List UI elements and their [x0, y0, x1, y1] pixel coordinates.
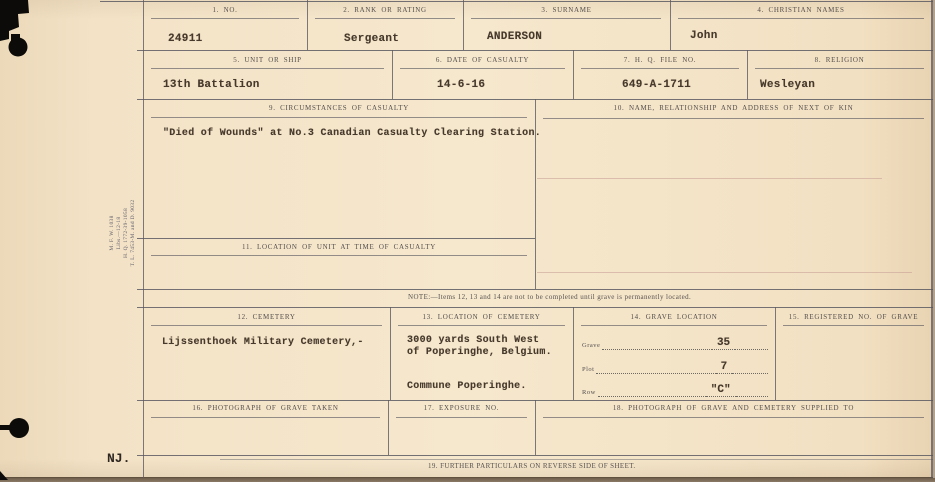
divider-line — [137, 455, 933, 456]
dotted-leader — [602, 329, 712, 350]
field-label-location-of-unit: 11. LOCATION OF UNIT AT TIME OF CASUALTY — [143, 243, 535, 251]
punch-hole-bottom — [0, 414, 36, 442]
value-christian-names: John — [690, 30, 718, 42]
label-underline — [543, 118, 924, 119]
value-unit: 13th Battalion — [163, 79, 260, 91]
value-service-number: 24911 — [168, 33, 203, 45]
label-underline — [471, 18, 661, 19]
grave-row: Plot 7 — [582, 354, 768, 374]
punch-hole-top — [0, 0, 44, 62]
label-underline — [783, 325, 924, 326]
value-cemetery-location-line3: Commune Poperinghe. — [407, 381, 527, 392]
grave-row-value: 35 — [712, 337, 735, 350]
grave-row-value: 7 — [716, 361, 733, 374]
value-hq-file-no: 649-A-1711 — [622, 79, 691, 91]
field-label-cemetery-location: 13. LOCATION OF CEMETERY — [390, 313, 573, 321]
grave-row-name: Plot — [582, 366, 594, 374]
note-text: NOTE:—Items 12, 13 and 14 are not to be … — [408, 293, 691, 301]
field-label-grave-location: 14. GRAVE LOCATION — [573, 313, 775, 321]
form-number-line: H. Q. 1772-39-1058 — [123, 195, 130, 271]
field-label-next-of-kin: 10. NAME, RELATIONSHIP AND ADDRESS OF NE… — [535, 104, 932, 112]
label-underline — [755, 68, 924, 69]
label-underline — [151, 325, 382, 326]
scan-background — [0, 478, 935, 482]
dotted-leader — [596, 353, 715, 374]
grave-row-name: Grave — [582, 342, 600, 350]
grave-row-name: Row — [582, 389, 596, 397]
scan-mark-corner — [0, 468, 10, 480]
grave-row: Grave 35 — [582, 330, 768, 350]
label-underline — [151, 117, 527, 118]
field-label-religion: 8. RELIGION — [747, 56, 932, 64]
label-underline — [581, 325, 767, 326]
dotted-leader — [598, 376, 706, 397]
label-underline — [151, 68, 384, 69]
divider-line — [137, 238, 535, 239]
field-label-cemetery: 12. CEMETERY — [143, 313, 390, 321]
value-date-of-casualty: 14-6-16 — [437, 79, 485, 91]
field-label-registered-no: 15. REGISTERED NO. OF GRAVE — [775, 313, 932, 321]
grave-row-value: "C" — [706, 384, 736, 397]
form-number-line: Libs.—12-18 — [116, 195, 123, 271]
footer-text: 19. FURTHER PARTICULARS ON REVERSE SIDE … — [428, 462, 636, 470]
field-label-photo-supplied: 18. PHOTOGRAPH OF GRAVE AND CEMETERY SUP… — [535, 404, 932, 412]
form-number-line: T. L. 7453-M. and D. 9032 — [130, 195, 137, 271]
clerk-initials: NJ. — [107, 451, 130, 466]
label-underline — [678, 18, 924, 19]
value-cemetery-location-line2: of Poperinghe, Belgium. — [407, 347, 552, 358]
field-label-christian-names: 4. CHRISTIAN NAMES — [670, 6, 932, 14]
dotted-leader — [735, 329, 768, 350]
divider-line — [137, 50, 933, 51]
label-underline — [398, 325, 565, 326]
dotted-leader — [736, 376, 768, 397]
field-label-hq-file-no: 7. H. Q. FILE NO. — [573, 56, 747, 64]
faint-writing-line — [537, 178, 882, 179]
label-underline — [315, 18, 455, 19]
faint-writing-line — [537, 272, 912, 273]
label-underline — [151, 255, 527, 256]
field-label-unit: 5. UNIT OR SHIP — [143, 56, 392, 64]
label-underline — [543, 417, 924, 418]
dotted-leader — [732, 353, 768, 374]
value-cemetery: Lijssenthoek Military Cemetery,- — [162, 337, 364, 348]
divider-line — [220, 459, 933, 460]
label-underline — [581, 68, 739, 69]
field-label-surname: 3. SURNAME — [463, 6, 670, 14]
divider-line — [137, 289, 933, 290]
value-surname: ANDERSON — [487, 31, 542, 43]
field-label-rank: 2. RANK OR RATING — [307, 6, 463, 14]
field-label-date-of-casualty: 6. DATE OF CASUALTY — [392, 56, 573, 64]
label-underline — [151, 417, 380, 418]
divider-line — [100, 1, 933, 2]
label-underline — [396, 417, 527, 418]
label-underline — [400, 68, 565, 69]
form-number-text: M. F. W. 1038 Libs.—12-18 H. Q. 1772-39-… — [109, 195, 139, 271]
value-circumstances: "Died of Wounds" at No.3 Canadian Casual… — [163, 128, 541, 139]
field-label-exposure-no: 17. EXPOSURE NO. — [388, 404, 535, 412]
field-label-circumstances: 9. CIRCUMSTANCES OF CASUALTY — [143, 104, 535, 112]
form-number-line: M. F. W. 1038 — [109, 195, 116, 271]
grave-row: Row "C" — [582, 377, 768, 397]
value-religion: Wesleyan — [760, 79, 815, 91]
scanned-record-card: 1. NO. 2. RANK OR RATING 3. SURNAME 4. C… — [0, 0, 935, 482]
field-label-photo-taken: 16. PHOTOGRAPH OF GRAVE TAKEN — [143, 404, 388, 412]
value-cemetery-location-line1: 3000 yards South West — [407, 335, 539, 346]
value-rank: Sergeant — [344, 33, 399, 45]
label-underline — [151, 18, 299, 19]
divider-line — [137, 307, 933, 308]
field-label-no: 1. NO. — [143, 6, 307, 14]
